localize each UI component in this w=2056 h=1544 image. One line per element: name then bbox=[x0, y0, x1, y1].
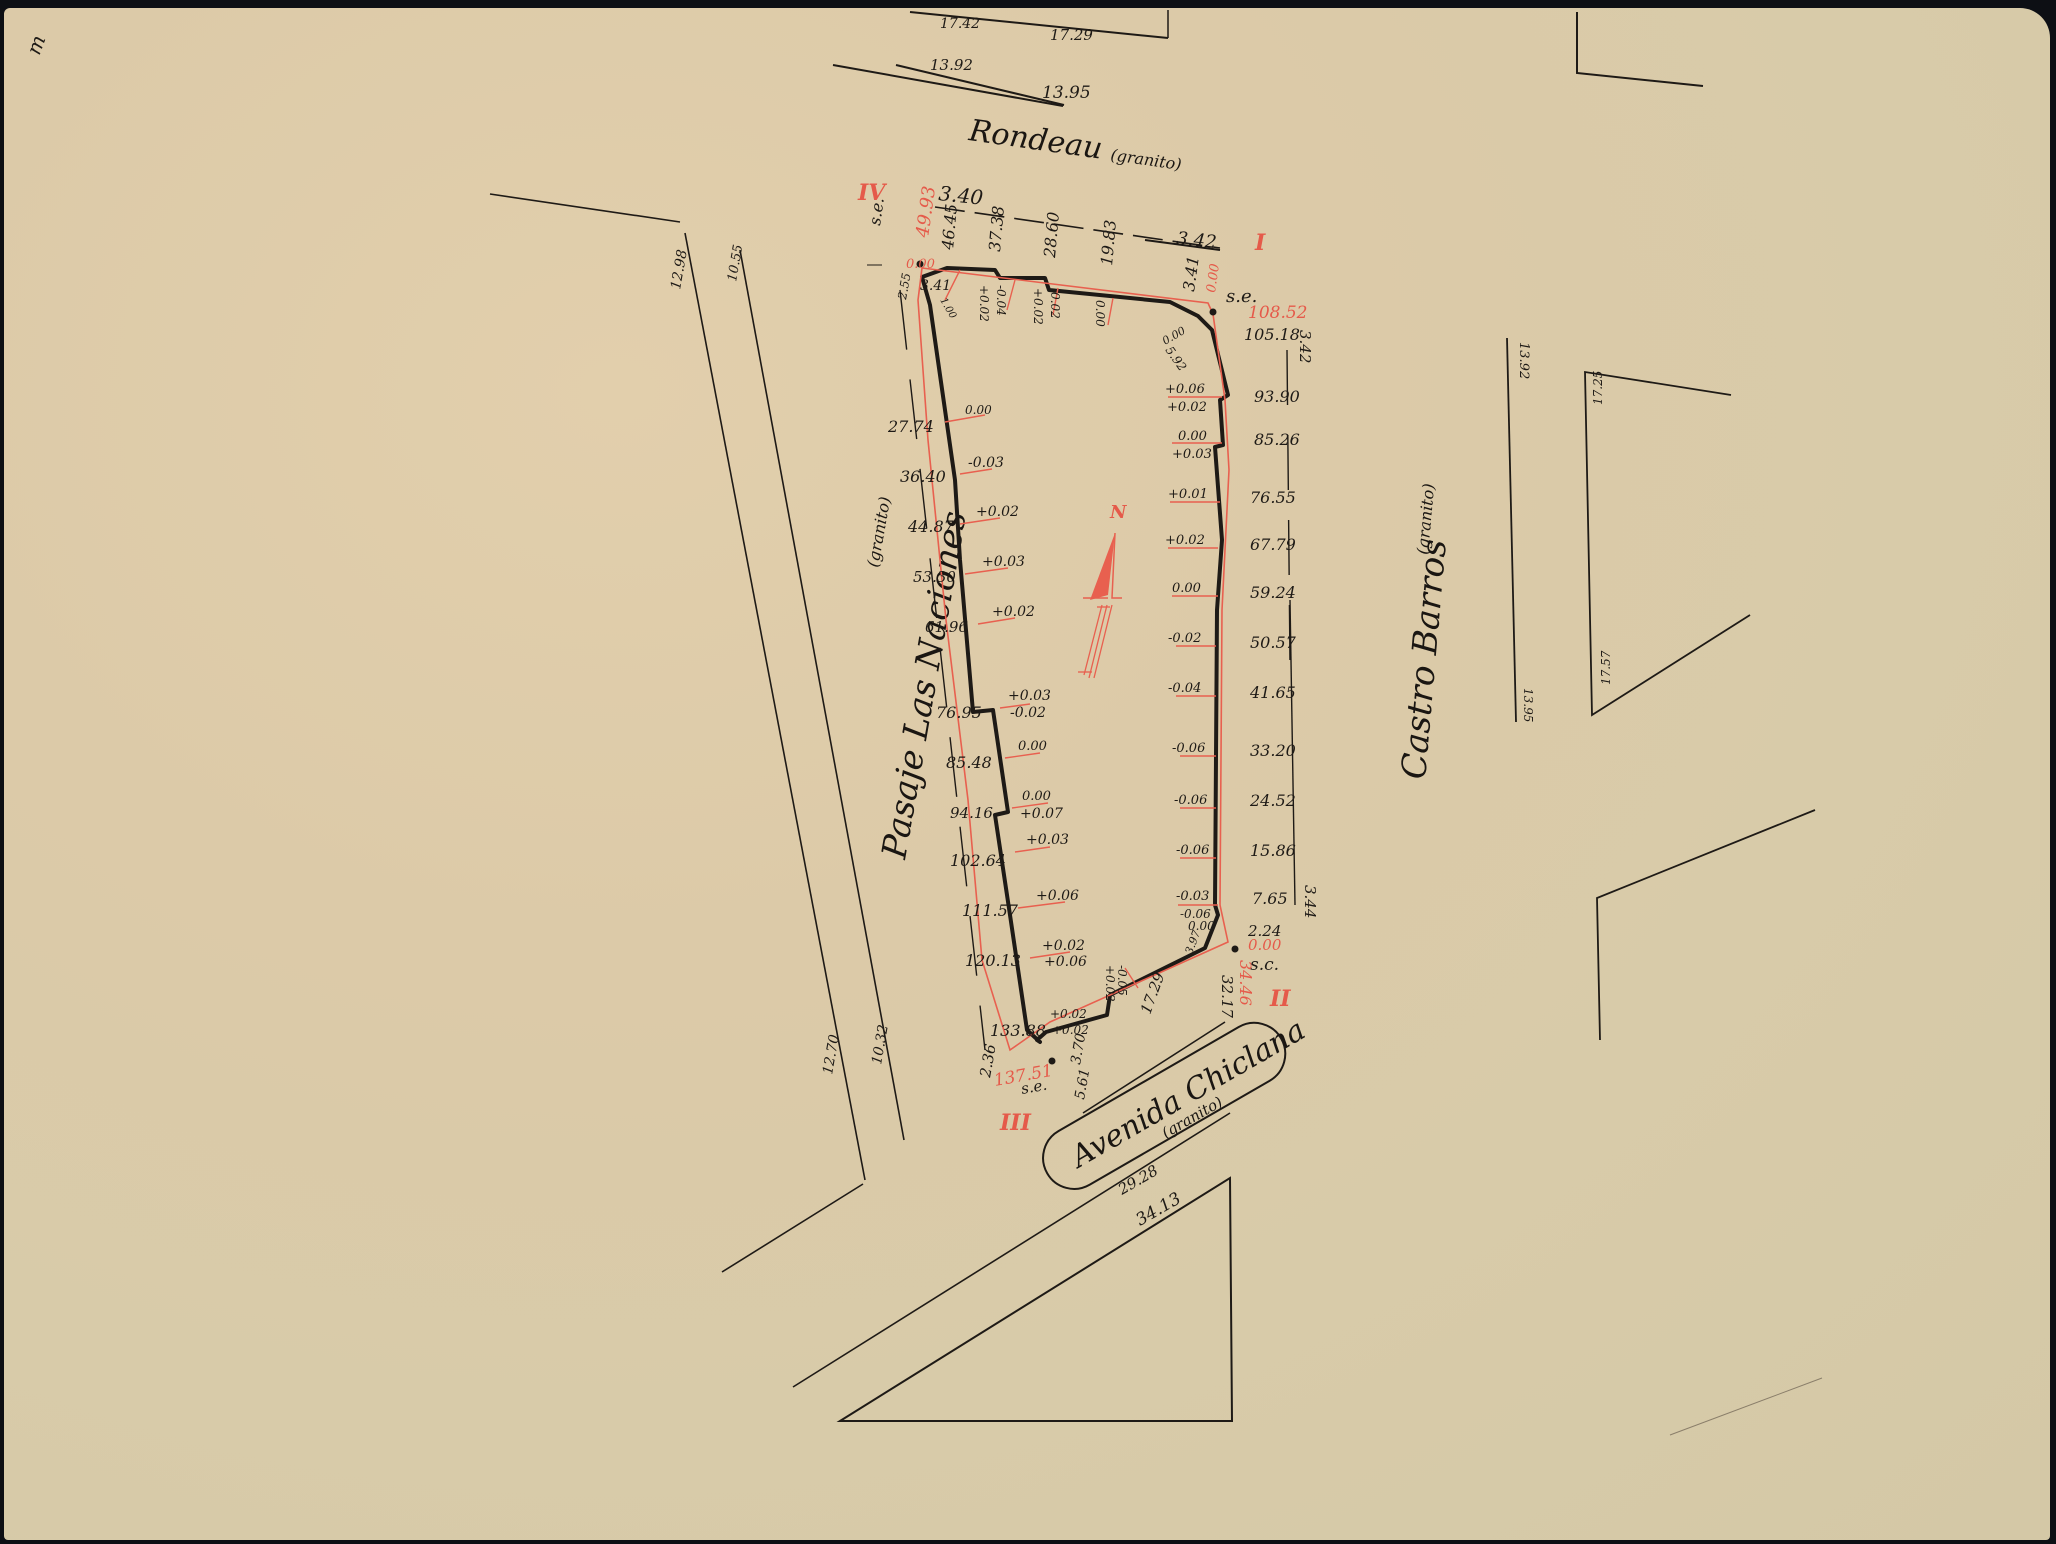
svg-text:19.83: 19.83 bbox=[1097, 219, 1120, 266]
street-label-castro-barros: Castro Barros (granito) bbox=[1394, 483, 1455, 781]
svg-text:+0.02: +0.02 bbox=[976, 504, 1019, 520]
se-block-outline bbox=[1597, 810, 1815, 1040]
svg-text:-0.06: -0.06 bbox=[1176, 843, 1209, 858]
svg-text:67.79: 67.79 bbox=[1250, 535, 1296, 554]
svg-text:-0.04: -0.04 bbox=[1168, 681, 1201, 696]
svg-text:93.90: 93.90 bbox=[1254, 387, 1300, 406]
svg-text:+0.03: +0.03 bbox=[982, 554, 1025, 570]
svg-text:+0.02: +0.02 bbox=[1165, 533, 1205, 548]
svg-text:3.41: 3.41 bbox=[1179, 255, 1203, 293]
svg-text:59.24: 59.24 bbox=[1250, 583, 1296, 602]
svg-text:+0.06: +0.06 bbox=[1044, 954, 1087, 970]
vertex-ii-labels: 2.24 0.00 s.c. II 32.17 34.46 bbox=[1218, 922, 1291, 1018]
svg-text:I: I bbox=[1254, 230, 1266, 256]
svg-text:61.96: 61.96 bbox=[925, 618, 968, 636]
svg-text:24.52: 24.52 bbox=[1249, 791, 1296, 810]
dim-label: 13.92 bbox=[930, 56, 973, 74]
scanned-sheet: m 17.42 17.29 13.92 13.95 Rondeau (grani… bbox=[0, 0, 2056, 1544]
svg-text:10.55: 10.55 bbox=[725, 243, 746, 282]
svg-text:-0.06: -0.06 bbox=[1174, 793, 1207, 808]
svg-text:28.60: 28.60 bbox=[1040, 211, 1063, 259]
svg-text:Rondeau: Rondeau bbox=[966, 113, 1105, 166]
north-chainage: IV 3.40 49.93 s.e. 46.45 37.38 28.60 19.… bbox=[857, 180, 1266, 294]
svg-text:Castro Barros: Castro Barros bbox=[1394, 538, 1455, 781]
svg-text:0.00: 0.00 bbox=[1093, 300, 1107, 327]
dim-label: 13.95 bbox=[1042, 83, 1091, 103]
svg-text:+0.03: +0.03 bbox=[1026, 832, 1069, 848]
dim-label: 17.42 bbox=[940, 16, 980, 32]
svg-text:53.30: 53.30 bbox=[913, 568, 956, 586]
svg-text:13.92: 13.92 bbox=[1516, 342, 1531, 379]
svg-text:12.70: 12.70 bbox=[820, 1033, 843, 1075]
svg-text:17.57: 17.57 bbox=[1599, 650, 1613, 685]
svg-text:3.44: 3.44 bbox=[1301, 885, 1319, 918]
svg-text:0.00: 0.00 bbox=[1248, 936, 1282, 954]
south-block: 29.28 34.13 bbox=[793, 1113, 1232, 1421]
svg-text:(granito): (granito) bbox=[1109, 145, 1182, 174]
svg-text:7.65: 7.65 bbox=[1252, 889, 1288, 908]
svg-text:s.e.: s.e. bbox=[865, 196, 888, 226]
svg-text:3.41: 3.41 bbox=[920, 278, 951, 294]
svg-text:0.00: 0.00 bbox=[1178, 429, 1207, 444]
svg-text:Avenida Chiclana: Avenida Chiclana bbox=[1063, 1012, 1312, 1176]
svg-text:49.93: 49.93 bbox=[912, 185, 940, 240]
svg-text:+0.02: +0.02 bbox=[992, 604, 1035, 620]
svg-text:36.40: 36.40 bbox=[900, 467, 946, 486]
street-label-rondeau: Rondeau (granito) bbox=[966, 113, 1183, 174]
svg-text:13.95: 13.95 bbox=[1521, 688, 1535, 722]
svg-text:120.13: 120.13 bbox=[965, 951, 1021, 970]
east-chainage: 3.42 93.90 85.26 76.55 67.79 59.24 50.57… bbox=[1249, 330, 1319, 918]
svg-text:0.00: 0.00 bbox=[1018, 739, 1047, 754]
svg-text:1.00: 1.00 bbox=[937, 296, 958, 321]
svg-text:-0.03: -0.03 bbox=[1176, 889, 1209, 904]
svg-text:s.e.: s.e. bbox=[1020, 1076, 1049, 1098]
svg-text:+0.02: +0.02 bbox=[1050, 1007, 1087, 1021]
svg-text:85.48: 85.48 bbox=[946, 753, 992, 772]
svg-text:+0.03: +0.03 bbox=[1172, 447, 1212, 462]
svg-text:-0.06: -0.06 bbox=[1172, 741, 1205, 756]
svg-text:0.00: 0.00 bbox=[1204, 263, 1223, 294]
svg-text:37.38: 37.38 bbox=[985, 205, 1008, 252]
svg-text:0.00: 0.00 bbox=[965, 403, 992, 417]
svg-text:34.13: 34.13 bbox=[1133, 1189, 1185, 1231]
svg-text:N: N bbox=[1109, 502, 1128, 523]
svg-text:108.52: 108.52 bbox=[1248, 303, 1307, 323]
svg-text:133.88: 133.88 bbox=[990, 1021, 1046, 1040]
dim-label: 17.29 bbox=[1050, 26, 1093, 44]
svg-text:0.00: 0.00 bbox=[1172, 581, 1201, 596]
east-block: 13.92 13.95 17.25 17.57 bbox=[1507, 338, 1750, 722]
svg-text:3.42: 3.42 bbox=[1296, 330, 1314, 363]
ne-block-outline bbox=[1577, 12, 1703, 86]
north-block-lines: 17.42 17.29 13.92 13.95 bbox=[833, 10, 1168, 106]
svg-text:76.55: 76.55 bbox=[1250, 488, 1296, 507]
svg-text:+0.01: +0.01 bbox=[1168, 487, 1208, 502]
svg-text:+0.02: +0.02 bbox=[1042, 938, 1085, 954]
svg-text:34.46: 34.46 bbox=[1236, 960, 1255, 1006]
svg-text:12.98: 12.98 bbox=[668, 248, 691, 290]
svg-text:III: III bbox=[999, 1110, 1032, 1136]
svg-text:-0.03: -0.03 bbox=[968, 455, 1004, 471]
svg-text:(granito): (granito) bbox=[863, 495, 894, 569]
svg-text:3.70: 3.70 bbox=[1068, 1032, 1089, 1066]
svg-text:+0.06: +0.06 bbox=[1036, 888, 1079, 904]
svg-text:-0.02: -0.02 bbox=[1010, 705, 1046, 721]
svg-text:+0.02: +0.02 bbox=[1167, 400, 1207, 415]
svg-text:17.29: 17.29 bbox=[1137, 969, 1169, 1016]
svg-text:50.57: 50.57 bbox=[1250, 633, 1297, 652]
svg-text:41.65: 41.65 bbox=[1249, 683, 1296, 702]
svg-text:76.95: 76.95 bbox=[936, 703, 982, 722]
svg-text:46.45: 46.45 bbox=[938, 203, 961, 251]
svg-text:15.86: 15.86 bbox=[1250, 841, 1296, 860]
svg-text:-0.04: -0.04 bbox=[994, 285, 1008, 316]
svg-text:102.64: 102.64 bbox=[950, 851, 1006, 870]
svg-text:5.92: 5.92 bbox=[1163, 344, 1190, 374]
svg-text:+0.02: +0.02 bbox=[1103, 965, 1117, 1002]
svg-text:17.25: 17.25 bbox=[1591, 371, 1605, 405]
svg-text:II: II bbox=[1269, 986, 1291, 1012]
svg-text:0.00: 0.00 bbox=[1022, 789, 1051, 804]
svg-text:44.87: 44.87 bbox=[907, 517, 955, 536]
svg-text:+0.02: +0.02 bbox=[1031, 288, 1045, 325]
svg-text:27.74: 27.74 bbox=[887, 417, 934, 436]
svg-text:+0.02: +0.02 bbox=[977, 285, 991, 322]
west-block-lines: 12.98 10.55 12.70 10.32 bbox=[490, 194, 904, 1272]
svg-text:94.16: 94.16 bbox=[950, 804, 993, 822]
svg-text:33.20: 33.20 bbox=[1250, 741, 1296, 760]
svg-text:+0.06: +0.06 bbox=[1165, 382, 1205, 397]
faint-pencil-line bbox=[1670, 1378, 1822, 1435]
svg-text:3.42: 3.42 bbox=[1175, 228, 1217, 253]
svg-text:-0.02: -0.02 bbox=[1168, 631, 1201, 646]
svg-text:111.57: 111.57 bbox=[962, 901, 1019, 920]
svg-text:+0.03: +0.03 bbox=[1008, 688, 1051, 704]
survey-plan: m 17.42 17.29 13.92 13.95 Rondeau (grani… bbox=[0, 0, 2056, 1544]
svg-text:105.18: 105.18 bbox=[1244, 325, 1300, 344]
svg-text:85.26: 85.26 bbox=[1254, 430, 1300, 449]
north-arrow: N bbox=[1078, 502, 1128, 678]
svg-text:5.61: 5.61 bbox=[1072, 1067, 1093, 1100]
svg-text:+0.07: +0.07 bbox=[1020, 806, 1063, 822]
svg-text:0.00: 0.00 bbox=[906, 257, 935, 272]
svg-text:2.55: 2.55 bbox=[895, 272, 914, 302]
sheet-mark: m bbox=[21, 32, 50, 58]
svg-text:32.17: 32.17 bbox=[1218, 975, 1236, 1018]
svg-text:-0.02: -0.02 bbox=[1048, 288, 1062, 319]
